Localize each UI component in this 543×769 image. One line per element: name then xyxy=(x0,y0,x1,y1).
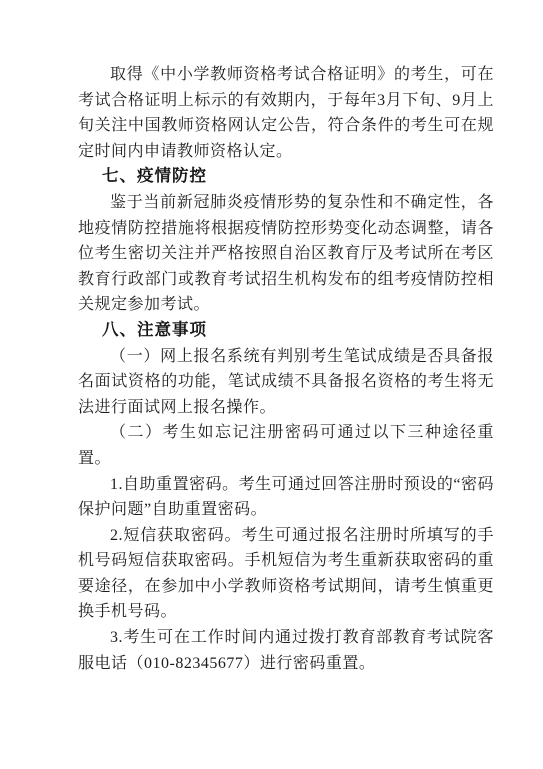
heading-section-7-epidemic-control: 七、疫情防控 xyxy=(78,164,494,190)
heading-section-8-notes: 八、注意事项 xyxy=(78,318,494,344)
para-note-1-interview-eligibility: （一）网上报名系统有判别考生笔试成绩是否具备报名面试资格的功能，笔试成绩不具备报… xyxy=(78,344,494,421)
para-note-2-forgot-password: （二）考生如忘记注册密码可通过以下三种途径重置。 xyxy=(78,420,494,471)
document-page: 取得《中小学教师资格考试合格证明》的考生，可在考试合格证明上标示的有效期内，于每… xyxy=(0,0,543,769)
para-password-reset-method-3: 3.考生可在工作时间内通过拨打教育部教育考试院客服电话（010-82345677… xyxy=(78,625,494,676)
para-epidemic-control-notice: 鉴于当前新冠肺炎疫情形势的复杂性和不确定性，各地疫情防控措施将根据疫情防控形势变… xyxy=(78,190,494,318)
document-content: 取得《中小学教师资格考试合格证明》的考生，可在考试合格证明上标示的有效期内，于每… xyxy=(78,62,494,676)
para-password-reset-method-1: 1.自助重置密码。考生可通过回答注册时预设的“密码保护问题”自助重置密码。 xyxy=(78,472,494,523)
para-certificate-validity: 取得《中小学教师资格考试合格证明》的考生，可在考试合格证明上标示的有效期内，于每… xyxy=(78,62,494,164)
para-password-reset-method-2: 2.短信获取密码。考生可通过报名注册时所填写的手机号码短信获取密码。手机短信为考… xyxy=(78,523,494,625)
